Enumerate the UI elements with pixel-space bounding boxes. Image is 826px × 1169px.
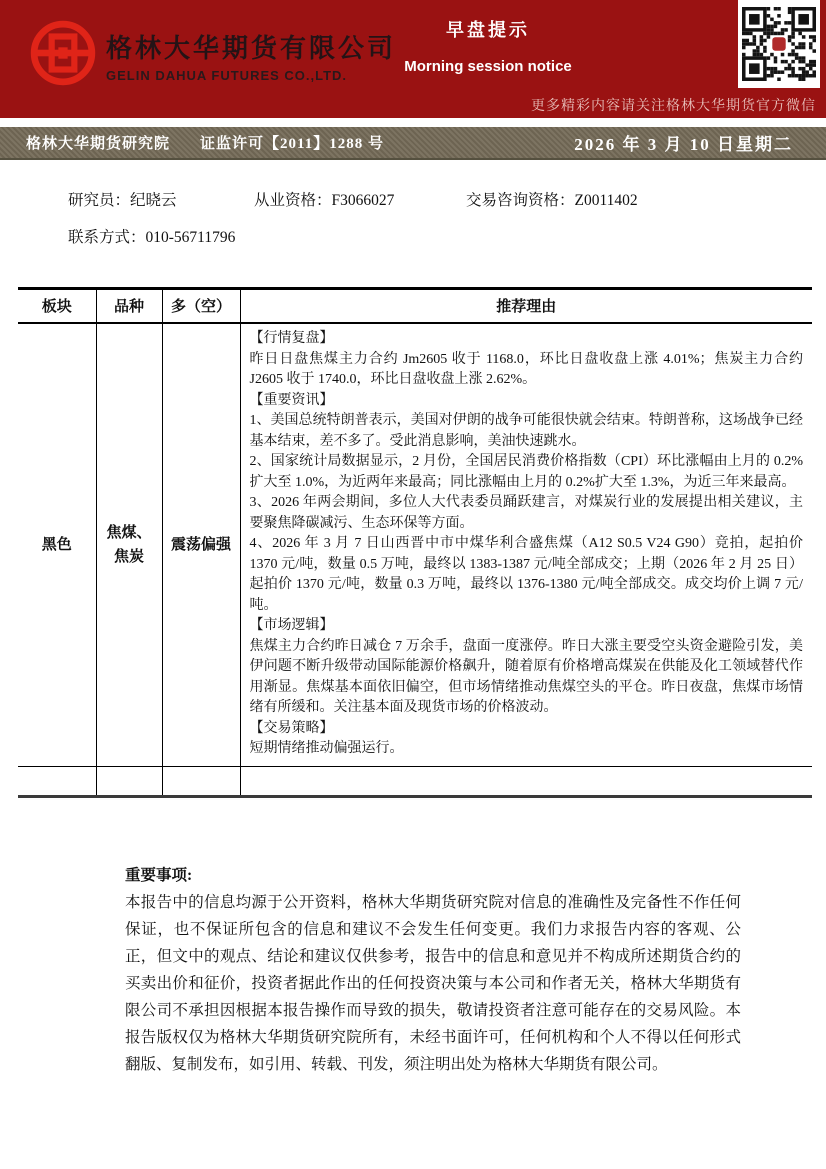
section-paragraph: 昨日日盘焦煤主力合约 Jm2605 收于 1168.0，环比日盘收盘上涨 4.0…: [250, 350, 804, 391]
table-empty-row: [18, 766, 812, 796]
header-gap: [0, 118, 826, 127]
researcher-row-2: 联系方式：010-56711796: [68, 225, 826, 247]
column-header-sector: 板块: [18, 289, 96, 324]
section-paragraph: 短期情绪推动偏强运行。: [250, 739, 804, 760]
column-header-reason: 推荐理由: [240, 289, 812, 324]
company-brand: 格林大华期货有限公司 GELIN DAHUA FUTURES CO.,LTD.: [30, 20, 396, 91]
section-title: 【交易策略】: [250, 719, 804, 740]
recommendation-reason-cell: 【行情复盘】 昨日日盘焦煤主力合约 Jm2605 收于 1168.0，环比日盘收…: [240, 323, 812, 766]
notice-title-cn: 早盘提示: [368, 16, 608, 42]
researcher-name: 研究员：纪晓云: [68, 188, 254, 210]
wechat-follow-note: 更多精彩内容请关注格林大华期货官方微信: [531, 95, 816, 115]
trend-cell: 震荡偏强: [162, 323, 240, 766]
contact-number: 联系方式：010-56711796: [68, 229, 235, 246]
institute-name: 格林大华期货研究院: [26, 132, 170, 153]
disclaimer-body: 本报告中的信息均源于公开资料，格林大华期货研究院对信息的准确性及完备性不作任何保…: [125, 889, 741, 1078]
notice-title-en: Morning session notice: [368, 58, 608, 75]
wechat-qr-code: [738, 0, 820, 88]
company-name-cn: 格林大华期货有限公司: [106, 28, 396, 65]
header-band: 格林大华期货有限公司 GELIN DAHUA FUTURES CO.,LTD. …: [0, 0, 826, 118]
researcher-info: 研究员：纪晓云 从业资格：F3066027 交易咨询资格：Z0011402 联系…: [68, 188, 826, 247]
section-paragraph: 焦煤主力合约昨日减仓 7 万余手，盘面一度涨停。昨日大涨主要受空头资金避险引发，…: [250, 637, 804, 719]
disclaimer-block: 重要事项: 本报告中的信息均源于公开资料，格林大华期货研究院对信息的准确性及完备…: [125, 862, 741, 1078]
company-logo-icon: [30, 20, 96, 91]
disclaimer-title: 重要事项:: [125, 862, 741, 889]
researcher-row-1: 研究员：纪晓云 从业资格：F3066027 交易咨询资格：Z0011402: [68, 188, 826, 210]
section-trading-strategy: 【交易策略】 短期情绪推动偏强运行。: [250, 719, 804, 760]
section-title: 【重要资讯】: [250, 391, 804, 412]
recommendation-table: 板块 品种 多（空） 推荐理由 黑色 焦煤、焦炭 震荡偏强 【行情复盘】 昨日日…: [18, 287, 812, 798]
morning-notice-document: { "colors": { "band_background": "#9a121…: [0, 0, 826, 1169]
consulting-qualification: 交易咨询资格：Z0011402: [466, 188, 638, 210]
section-title: 【行情复盘】: [250, 329, 804, 350]
table-row: 黑色 焦煤、焦炭 震荡偏强 【行情复盘】 昨日日盘焦煤主力合约 Jm2605 收…: [18, 323, 812, 766]
section-title: 【市场逻辑】: [250, 616, 804, 637]
license-number: 证监许可【2011】1288 号: [200, 132, 384, 153]
notice-title-block: 早盘提示 Morning session notice: [368, 16, 608, 75]
company-names: 格林大华期货有限公司 GELIN DAHUA FUTURES CO.,LTD.: [106, 28, 396, 83]
section-market-review: 【行情复盘】 昨日日盘焦煤主力合约 Jm2605 收于 1168.0，环比日盘收…: [250, 329, 804, 391]
variety-cell: 焦煤、焦炭: [96, 323, 162, 766]
column-header-variety: 品种: [96, 289, 162, 324]
practice-qualification: 从业资格：F3066027: [254, 188, 466, 210]
section-market-logic: 【市场逻辑】 焦煤主力合约昨日减仓 7 万余手，盘面一度涨停。昨日大涨主要受空头…: [250, 616, 804, 719]
column-header-position: 多（空）: [162, 289, 240, 324]
section-paragraph: 1、美国总统特朗普表示，美国对伊朗的战争可能很快就会结束。特朗普称，这场战争已经…: [250, 411, 804, 452]
table-header-row: 板块 品种 多（空） 推荐理由: [18, 289, 812, 324]
section-paragraph: 4、2026 年 3 月 7 日山西晋中市中煤华利合盛焦煤（A12 S0.5 V…: [250, 534, 804, 616]
section-paragraph: 2、国家统计局数据显示，2 月份，全国居民消费价格指数（CPI）环比涨幅由上月的…: [250, 452, 804, 493]
institute-license-group: 格林大华期货研究院 证监许可【2011】1288 号: [26, 132, 384, 153]
report-date: 2026 年 3 月 10 日星期二: [574, 130, 793, 155]
section-important-news: 【重要资讯】 1、美国总统特朗普表示，美国对伊朗的战争可能很快就会结束。特朗普称…: [250, 391, 804, 617]
company-name-en: GELIN DAHUA FUTURES CO.,LTD.: [106, 68, 396, 83]
institute-info-bar: 格林大华期货研究院 证监许可【2011】1288 号 2026 年 3 月 10…: [0, 127, 826, 160]
section-paragraph: 3、2026 年两会期间，多位人大代表委员踊跃建言，对煤炭行业的发展提出相关建议…: [250, 493, 804, 534]
sector-cell: 黑色: [18, 323, 96, 766]
